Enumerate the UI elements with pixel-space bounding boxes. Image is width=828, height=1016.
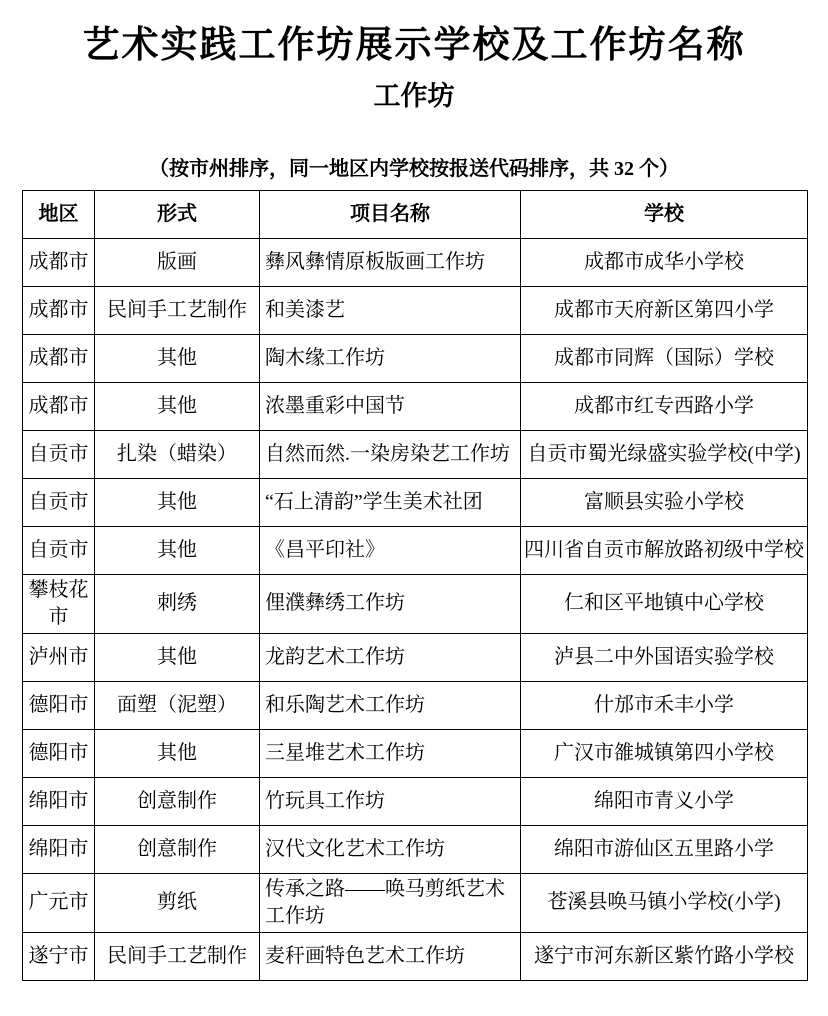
project-cell: 龙韵艺术工作坊 [260, 633, 521, 681]
form-cell: 创意制作 [95, 777, 260, 825]
school-cell: 成都市成华小学校 [521, 238, 808, 286]
project-cell: 浓墨重彩中国节 [260, 382, 521, 430]
region-cell: 自贡市 [23, 526, 95, 574]
document-page: 艺术实践工作坊展示学校及工作坊名称 工作坊 （按市州排序，同一地区内学校按报送代… [0, 0, 828, 1016]
region-cell: 广元市 [23, 873, 95, 932]
project-cell: 自然而然.一染房染艺工作坊 [260, 430, 521, 478]
region-cell: 自贡市 [23, 430, 95, 478]
form-cell: 其他 [95, 526, 260, 574]
project-cell: 竹玩具工作坊 [260, 777, 521, 825]
project-cell: 汉代文化艺术工作坊 [260, 825, 521, 873]
form-cell: 其他 [95, 633, 260, 681]
school-cell: 泸县二中外国语实验学校 [521, 633, 808, 681]
form-cell: 其他 [95, 478, 260, 526]
project-cell: 陶木缘工作坊 [260, 334, 521, 382]
region-cell: 绵阳市 [23, 777, 95, 825]
project-cell: 和美漆艺 [260, 286, 521, 334]
page-subtitle: 工作坊 [0, 80, 828, 112]
school-cell: 四川省自贡市解放路初级中学校 [521, 526, 808, 574]
school-cell: 成都市同辉（国际）学校 [521, 334, 808, 382]
region-cell: 绵阳市 [23, 825, 95, 873]
region-cell: 自贡市 [23, 478, 95, 526]
region-cell: 成都市 [23, 334, 95, 382]
table-row: 广元市剪纸传承之路——唤马剪纸艺术工作坊苍溪县唤马镇小学校(小学) [23, 873, 808, 932]
form-cell: 其他 [95, 334, 260, 382]
region-cell: 德阳市 [23, 681, 95, 729]
form-cell: 刺绣 [95, 574, 260, 633]
table-row: 攀枝花市刺绣俚濮彝绣工作坊仁和区平地镇中心学校 [23, 574, 808, 633]
school-cell: 广汉市雒城镇第四小学校 [521, 729, 808, 777]
table-row: 成都市其他陶木缘工作坊成都市同辉（国际）学校 [23, 334, 808, 382]
school-cell: 苍溪县唤马镇小学校(小学) [521, 873, 808, 932]
project-cell: 俚濮彝绣工作坊 [260, 574, 521, 633]
school-cell: 遂宁市河东新区紫竹路小学校 [521, 932, 808, 980]
region-cell: 成都市 [23, 286, 95, 334]
project-cell: 《昌平印社》 [260, 526, 521, 574]
region-cell: 成都市 [23, 382, 95, 430]
school-cell: 成都市天府新区第四小学 [521, 286, 808, 334]
column-header-2: 项目名称 [260, 190, 521, 238]
workshops-table: 地区形式项目名称学校 成都市版画彝风彝情原板版画工作坊成都市成华小学校成都市民间… [22, 190, 808, 981]
school-cell: 富顺县实验小学校 [521, 478, 808, 526]
table-row: 自贡市其他“石上清韵”学生美术社团富顺县实验小学校 [23, 478, 808, 526]
table-row: 成都市民间手工艺制作和美漆艺成都市天府新区第四小学 [23, 286, 808, 334]
table-row: 成都市版画彝风彝情原板版画工作坊成都市成华小学校 [23, 238, 808, 286]
form-cell: 面塑（泥塑） [95, 681, 260, 729]
form-cell: 民间手工艺制作 [95, 932, 260, 980]
project-cell: 彝风彝情原板版画工作坊 [260, 238, 521, 286]
form-cell: 其他 [95, 382, 260, 430]
column-header-3: 学校 [521, 190, 808, 238]
table-row: 成都市其他浓墨重彩中国节成都市红专西路小学 [23, 382, 808, 430]
school-cell: 绵阳市游仙区五里路小学 [521, 825, 808, 873]
table-row: 遂宁市民间手工艺制作麦秆画特色艺术工作坊遂宁市河东新区紫竹路小学校 [23, 932, 808, 980]
project-cell: 和乐陶艺术工作坊 [260, 681, 521, 729]
school-cell: 仁和区平地镇中心学校 [521, 574, 808, 633]
school-cell: 绵阳市青义小学 [521, 777, 808, 825]
table-row: 德阳市面塑（泥塑）和乐陶艺术工作坊什邡市禾丰小学 [23, 681, 808, 729]
region-cell: 泸州市 [23, 633, 95, 681]
form-cell: 扎染（蜡染） [95, 430, 260, 478]
project-cell: 麦秆画特色艺术工作坊 [260, 932, 521, 980]
school-cell: 自贡市蜀光绿盛实验学校(中学) [521, 430, 808, 478]
form-cell: 剪纸 [95, 873, 260, 932]
project-cell: “石上清韵”学生美术社团 [260, 478, 521, 526]
table-row: 自贡市其他《昌平印社》四川省自贡市解放路初级中学校 [23, 526, 808, 574]
table-row: 德阳市其他三星堆艺术工作坊广汉市雒城镇第四小学校 [23, 729, 808, 777]
table-row: 绵阳市创意制作竹玩具工作坊绵阳市青义小学 [23, 777, 808, 825]
region-cell: 德阳市 [23, 729, 95, 777]
table-row: 泸州市其他龙韵艺术工作坊泸县二中外国语实验学校 [23, 633, 808, 681]
region-cell: 攀枝花市 [23, 574, 95, 633]
column-header-0: 地区 [23, 190, 95, 238]
table-row: 绵阳市创意制作汉代文化艺术工作坊绵阳市游仙区五里路小学 [23, 825, 808, 873]
form-cell: 其他 [95, 729, 260, 777]
school-cell: 什邡市禾丰小学 [521, 681, 808, 729]
sort-note: （按市州排序，同一地区内学校按报送代码排序，共 32 个） [0, 157, 828, 181]
form-cell: 创意制作 [95, 825, 260, 873]
header-row: 地区形式项目名称学校 [23, 190, 808, 238]
form-cell: 民间手工艺制作 [95, 286, 260, 334]
school-cell: 成都市红专西路小学 [521, 382, 808, 430]
page-title: 艺术实践工作坊展示学校及工作坊名称 [0, 0, 828, 68]
table-row: 自贡市扎染（蜡染）自然而然.一染房染艺工作坊自贡市蜀光绿盛实验学校(中学) [23, 430, 808, 478]
region-cell: 成都市 [23, 238, 95, 286]
table-body: 成都市版画彝风彝情原板版画工作坊成都市成华小学校成都市民间手工艺制作和美漆艺成都… [23, 238, 808, 980]
form-cell: 版画 [95, 238, 260, 286]
project-cell: 三星堆艺术工作坊 [260, 729, 521, 777]
project-cell: 传承之路——唤马剪纸艺术工作坊 [260, 873, 521, 932]
region-cell: 遂宁市 [23, 932, 95, 980]
column-header-1: 形式 [95, 190, 260, 238]
